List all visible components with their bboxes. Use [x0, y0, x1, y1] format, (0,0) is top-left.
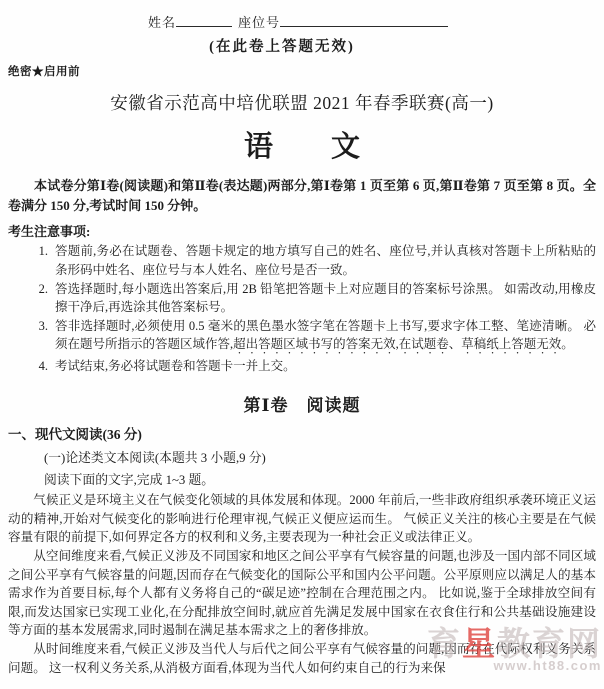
- notice-item-text: 答题前,务必在试题卷、答题卡规定的地方填写自己的姓名、座位号,并认真核对答题卡上…: [55, 242, 596, 279]
- notice-item-number: 3.: [30, 317, 48, 358]
- notice-item-text: 答非选择题时,必须使用 0.5 毫米的黑色墨水签字笔在答题卡上书写,要求字体工整…: [55, 317, 596, 358]
- subject-char-2: 文: [331, 131, 360, 163]
- candidate-notices-list: 1. 答题前,务必在试题卷、答题卡规定的地方填写自己的姓名、座位号,并认真核对答…: [8, 242, 596, 376]
- subject-title: 语文: [8, 124, 596, 165]
- notice-heading: 考生注意事项:: [8, 221, 596, 240]
- security-classification: 绝密★启用前: [8, 63, 596, 79]
- name-blank-line: [176, 13, 232, 27]
- passage-paragraph-3: 从时间维度来看,气候正义涉及当代人与后代之间公平享有气候容量的问题,因而存在代际…: [8, 640, 596, 677]
- notice-item-4: 4. 考试结束,务必将试题卷和答题卡一并上交。: [30, 357, 596, 376]
- answer-invalid-notice: (在此卷上答题无效): [0, 35, 596, 56]
- seat-number-blank-line: [280, 13, 448, 27]
- notice-item-number: 4.: [30, 357, 48, 376]
- section-1-heading: 第Ⅰ卷 阅读题: [8, 391, 596, 416]
- notice-item-text-end: 。: [561, 337, 574, 351]
- reading-instruction: 阅读下面的文字,完成 1~3 题。: [44, 469, 596, 488]
- exam-structure-paragraph: 本试卷分第Ⅰ卷(阅读题)和第Ⅱ卷(表达题)两部分,第Ⅰ卷第 1 页至第 6 页,…: [8, 176, 596, 216]
- notice-item-number: 1.: [30, 242, 48, 279]
- subpart-1-title: (一)论述类文本阅读(本题共 3 小题,9 分): [44, 447, 596, 466]
- exam-title: 安徽省示范高中培优联盟 2021 年春季联赛(高一): [8, 90, 596, 115]
- exam-paper-page: 姓名座位号 (在此卷上答题无效) 绝密★启用前 安徽省示范高中培优联盟 2021…: [0, 0, 604, 689]
- notice-item-text: 答选择题时,每小题选出答案后,用 2B 铅笔把答题卡上对应题目的答案标号涂黑。 …: [55, 280, 596, 317]
- passage-paragraph-1: 气候正义是环境主义在气候变化领域的具体发展和体现。2000 年前后,一些非政府组…: [8, 491, 596, 547]
- notice-item-number: 2.: [30, 280, 48, 317]
- reading-passage: 气候正义是环境主义在气候变化领域的具体发展和体现。2000 年前后,一些非政府组…: [8, 491, 596, 677]
- seat-number-label: 座位号: [238, 15, 280, 30]
- notice-item-text-emphasized: 超出答题区域书写的答案无效,在试题卷、草稿纸上答题无效: [233, 337, 561, 351]
- part-1-title: 一、现代文阅读(36 分): [8, 423, 596, 443]
- notice-item-2: 2. 答选择题时,每小题选出答案后,用 2B 铅笔把答题卡上对应题目的答案标号涂…: [30, 280, 596, 317]
- notice-item-text: 考试结束,务必将试题卷和答题卡一并上交。: [55, 357, 596, 376]
- notice-item-3: 3. 答非选择题时,必须使用 0.5 毫米的黑色墨水签字笔在答题卡上书写,要求字…: [30, 317, 596, 358]
- passage-paragraph-2: 从空间维度来看,气候正义涉及不同国家和地区之间公平享有气候容量的问题,也涉及一国…: [8, 547, 596, 640]
- subject-char-1: 语: [244, 131, 273, 163]
- candidate-info-line: 姓名座位号: [148, 12, 596, 31]
- notice-item-1: 1. 答题前,务必在试题卷、答题卡规定的地方填写自己的姓名、座位号,并认真核对答…: [30, 242, 596, 279]
- name-label: 姓名: [148, 15, 176, 30]
